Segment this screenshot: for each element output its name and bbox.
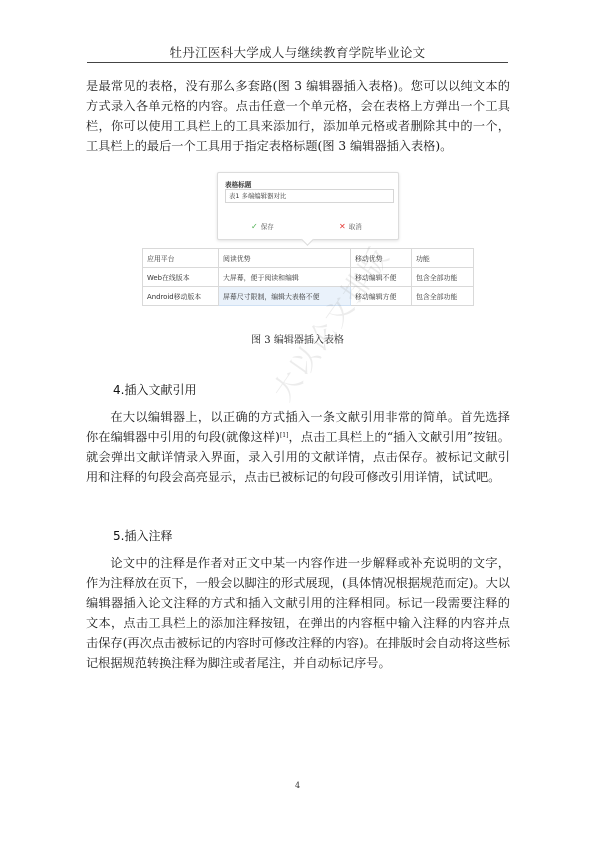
table-cell[interactable]: 移动编辑方便 xyxy=(351,287,412,306)
editor-comparison-table: 应用平台 阅读优势 移动优势 功能 Web在线版本 大屏幕，便于阅读和编辑 移动… xyxy=(142,248,474,306)
header-divider xyxy=(87,62,508,63)
popup-pointer xyxy=(301,233,314,246)
table-cell[interactable]: 包含全部功能 xyxy=(412,268,474,287)
table-cell[interactable]: Web在线版本 xyxy=(143,268,219,287)
section-5-text: 论文中的注释是作者对正文中某一内容作进一步解释或补充说明的文字，作为注释放在页下… xyxy=(86,553,510,673)
figure-caption: 图 3 编辑器插入表格 xyxy=(0,331,595,346)
table-row: Web在线版本 大屏幕，便于阅读和编辑 移动编辑不便 包含全部功能 xyxy=(143,268,474,287)
table-header-cell[interactable]: 移动优势 xyxy=(351,249,412,268)
section-4-paragraph: 在大以编辑器上，以正确的方式插入一条文献引用非常的简单。首先选择你在编辑器中引用… xyxy=(86,407,510,487)
table-cell[interactable]: 移动编辑不便 xyxy=(351,268,412,287)
save-label: 保存 xyxy=(261,221,274,231)
table-title-input[interactable]: 表1 多端编辑器对比 xyxy=(225,189,394,203)
table-header-row: 应用平台 阅读优势 移动优势 功能 xyxy=(143,249,474,268)
close-icon: ✕ xyxy=(339,222,346,231)
cancel-button[interactable]: ✕ 取消 xyxy=(339,221,362,231)
cancel-label: 取消 xyxy=(349,221,362,231)
table-header-cell[interactable]: 功能 xyxy=(412,249,474,268)
section-5-paragraph: 论文中的注释是作者对正文中某一内容作进一步解释或补充说明的文字，作为注释放在页下… xyxy=(86,553,510,673)
table-cell-selected[interactable]: 屏幕尺寸限制，编辑大表格不便 xyxy=(219,287,351,306)
table-row: Android移动版本 屏幕尺寸限制，编辑大表格不便 移动编辑方便 包含全部功能 xyxy=(143,287,474,306)
table-cell[interactable]: Android移动版本 xyxy=(143,287,219,306)
table-cell[interactable]: 包含全部功能 xyxy=(412,287,474,306)
page-number: 4 xyxy=(0,781,595,790)
save-button[interactable]: ✓ 保存 xyxy=(251,221,274,231)
table-header-cell[interactable]: 阅读优势 xyxy=(219,249,351,268)
popup-label: 表格标题 xyxy=(225,179,251,189)
section-4-heading: 4.插入文献引用 xyxy=(113,381,196,398)
table-header-cell[interactable]: 应用平台 xyxy=(143,249,219,268)
check-icon: ✓ xyxy=(251,222,258,231)
section-5-heading: 5.插入注释 xyxy=(113,527,172,544)
intro-paragraph-text: 是最常见的表格，没有那么多套路(图 3 编辑器插入表格)。您可以以纯文本的方式录… xyxy=(86,76,510,156)
page-header-title: 牡丹江医科大学成人与继续教育学院毕业论文 xyxy=(87,43,508,59)
table-title-popup: 表格标题 表1 多端编辑器对比 ✓ 保存 ✕ 取消 xyxy=(217,172,399,240)
intro-paragraph: 是最常见的表格，没有那么多套路(图 3 编辑器插入表格)。您可以以纯文本的方式录… xyxy=(86,76,510,156)
table-cell[interactable]: 大屏幕，便于阅读和编辑 xyxy=(219,268,351,287)
